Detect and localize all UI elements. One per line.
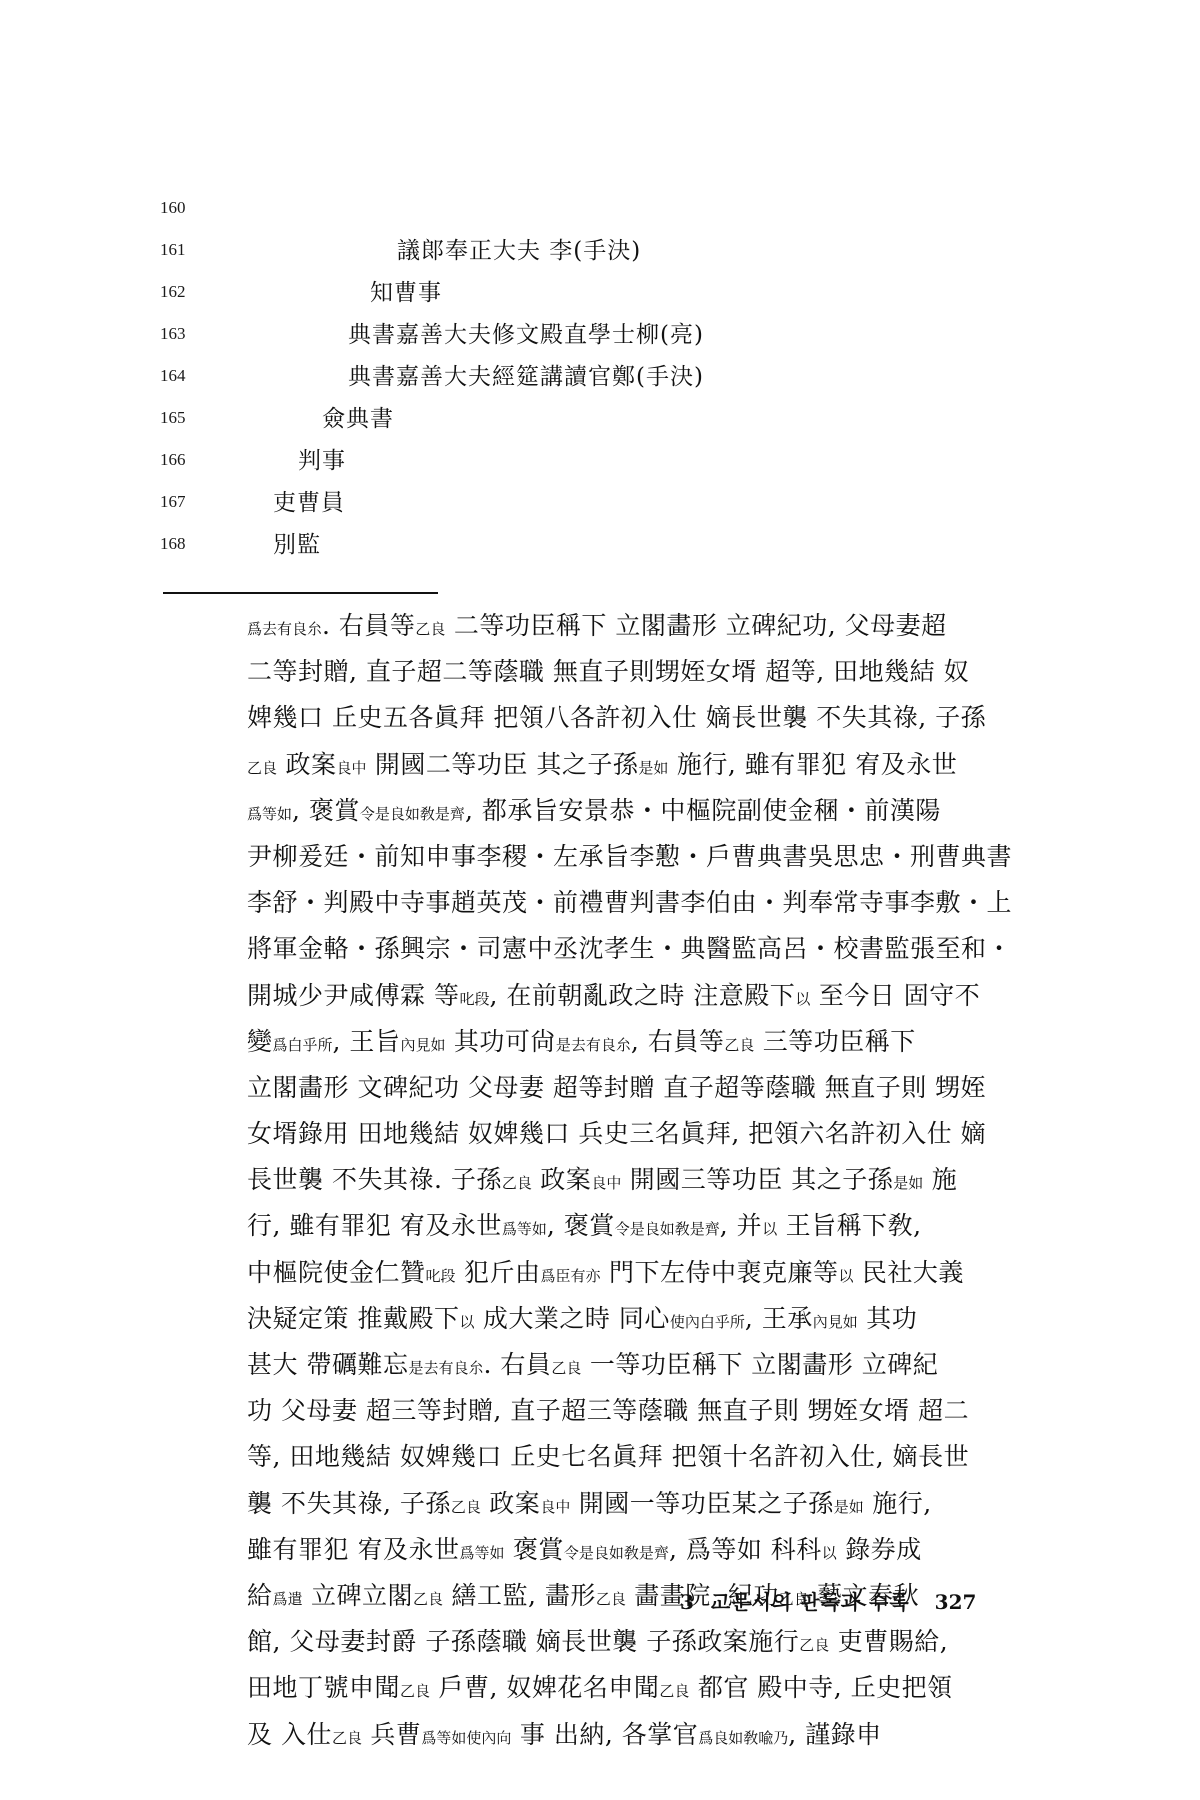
idu-annotation: 內見如 — [813, 1313, 858, 1331]
text-segment: 三等功臣稱下 — [754, 1027, 915, 1056]
signature-text: 議郞奉正大夫 李(手決) — [397, 232, 641, 265]
text-segment: 決疑定策 推戴殿下 — [247, 1304, 459, 1333]
signature-text: 知曹事 — [370, 274, 442, 307]
idu-annotation: 是去有良厼 — [556, 1036, 631, 1054]
text-line: 襲 不失其祿, 子孫乙良 政案良中 開國一等功臣某之子孫是如 施行, — [247, 1481, 1057, 1527]
text-segment: 女壻錄用 田地幾結 奴婢幾口 兵史三名眞拜, 把領六名許初入仕 嫡 — [247, 1119, 986, 1148]
document-page: 160161議郞奉正大夫 李(手決)162知曹事163典書嘉善大夫修文殿直學士柳… — [0, 0, 1200, 1800]
idu-annotation: 乙良 — [247, 759, 277, 777]
text-segment: 兵曹 — [362, 1720, 421, 1749]
idu-annotation: 乙良 — [659, 1682, 689, 1700]
text-segment: 褒賞 — [504, 1535, 563, 1564]
idu-annotation: 乙良 — [413, 1590, 443, 1608]
text-line: 開城少尹咸傅霖 等叱段, 在前朝亂政之時 注意殿下以 至今日 固守不 — [247, 973, 1057, 1019]
text-segment: 開國三等功臣 其之子孫 — [621, 1165, 893, 1194]
text-line: 功 父母妻 超三等封贈, 直子超三等蔭職 無直子則 甥姪女壻 超二 — [247, 1388, 1057, 1434]
idu-annotation: 是如 — [834, 1498, 864, 1516]
line-number: 167 — [160, 492, 186, 512]
text-segment: , 王旨 — [333, 1027, 401, 1056]
text-segment: 及 入仕 — [247, 1720, 332, 1749]
section-divider — [163, 592, 438, 594]
idu-annotation: 乙良 — [724, 1036, 754, 1054]
signature-text: 典書嘉善大夫經筵講讀官鄭(手決) — [348, 358, 704, 391]
page-footer: 3 고문서의 판독과 수록 327 — [680, 1586, 976, 1615]
signature-text: 典書嘉善大夫修文殿直學士柳(亮) — [348, 316, 704, 349]
text-segment: 政案 — [532, 1165, 591, 1194]
line-number: 164 — [160, 366, 186, 386]
idu-annotation: 令是良如敎是齊 — [360, 805, 465, 823]
text-line: 變爲白乎所, 王旨內見如 其功可尙是去有良厼, 右員等乙良 三等功臣稱下 — [247, 1019, 1057, 1065]
idu-annotation: 叱段 — [459, 990, 489, 1008]
idu-annotation: 乙良 — [415, 620, 445, 638]
text-segment: , 王承 — [745, 1304, 813, 1333]
text-segment: 門下左侍中裵克廉等 — [601, 1258, 839, 1287]
signature-text: 吏曹員 — [273, 484, 345, 517]
text-line: 田地丁號申聞乙良 戶曹, 奴婢花名申聞乙良 都官 殿中寺, 丘史把領 — [247, 1665, 1057, 1711]
line-number: 160 — [160, 198, 186, 218]
page-number: 327 — [935, 1590, 977, 1614]
idu-annotation: 良中 — [540, 1498, 570, 1516]
text-line: 行, 雖有罪犯 宥及永世爲等如, 褒賞令是良如敎是齊, 并以 王旨稱下敎, — [247, 1203, 1057, 1249]
idu-annotation: 是如 — [638, 759, 668, 777]
chapter-number: 3 — [680, 1590, 694, 1614]
text-segment: 甚大 帶礪難忘 — [247, 1350, 408, 1379]
text-segment: 成大業之時 同心 — [474, 1304, 669, 1333]
text-line: 等, 田地幾結 奴婢幾口 丘史七名眞拜 把領十名許初入仕, 嫡長世 — [247, 1434, 1057, 1480]
signature-line: 164典書嘉善大夫經筵講讀官鄭(手決) — [160, 358, 960, 400]
text-segment: , 并 — [720, 1211, 762, 1240]
text-segment: 戶曹, 奴婢花名申聞 — [430, 1673, 659, 1702]
text-segment: 施行, 雖有罪犯 宥及永世 — [668, 750, 957, 779]
text-line: 雖有罪犯 宥及永世爲等如 褒賞令是良如敎是齊, 爲等如 科科以 錄券成 — [247, 1527, 1057, 1573]
text-segment: 吏曹賜給, — [829, 1627, 948, 1656]
text-segment: 將軍金輅・孫興宗・司憲中丞沈孝生・典醫監高呂・校書監張至和・ — [247, 934, 1012, 963]
text-segment: 開城少尹咸傅霖 等 — [247, 981, 459, 1010]
text-segment: 行, 雖有罪犯 宥及永世 — [247, 1211, 502, 1240]
text-segment: 施 — [923, 1165, 957, 1194]
signature-line: 165僉典書 — [160, 400, 960, 442]
text-line: 爲去有良厼. 右員等乙良 二等功臣稱下 立閣畵形 立碑紀功, 父母妻超 — [247, 603, 1057, 649]
signature-text: 別監 — [273, 526, 321, 559]
idu-annotation: 爲等如 — [502, 1220, 547, 1238]
text-segment: , 在前朝亂政之時 注意殿下 — [489, 981, 795, 1010]
idu-annotation: 乙良 — [502, 1174, 532, 1192]
idu-annotation: 乙良 — [551, 1359, 581, 1377]
text-segment: 給 — [247, 1581, 273, 1610]
text-segment: . 右員等 — [322, 611, 415, 640]
idu-annotation: 是如 — [893, 1174, 923, 1192]
signature-block: 160161議郞奉正大夫 李(手決)162知曹事163典書嘉善大夫修文殿直學士柳… — [160, 190, 960, 568]
line-number: 163 — [160, 324, 186, 344]
text-line: 立閣畵形 文碑紀功 父母妻 超等封贈 直子超等蔭職 無直子則 甥姪 — [247, 1065, 1057, 1111]
text-line: 婢幾口 丘史五各眞拜 把領八各許初入仕 嫡長世襲 不失其祿, 子孫 — [247, 695, 1057, 741]
text-segment: 婢幾口 丘史五各眞拜 把領八各許初入仕 嫡長世襲 不失其祿, 子孫 — [247, 703, 986, 732]
text-segment: 李舒・判殿中寺事趙英茂・前禮曹判書李伯由・判奉常寺事李敷・上 — [247, 888, 1012, 917]
idu-annotation: 爲等如使內向 — [421, 1729, 511, 1747]
text-line: 李舒・判殿中寺事趙英茂・前禮曹判書李伯由・判奉常寺事李敷・上 — [247, 880, 1057, 926]
body-text: 爲去有良厼. 右員等乙良 二等功臣稱下 立閣畵形 立碑紀功, 父母妻超二等封贈,… — [247, 603, 1057, 1758]
text-segment: 開國二等功臣 其之子孫 — [366, 750, 638, 779]
text-segment: 變 — [247, 1027, 273, 1056]
signature-text: 判事 — [298, 442, 346, 475]
text-segment: 襲 不失其祿, 子孫 — [247, 1489, 451, 1518]
text-segment: , 都承旨安景恭・中樞院副使金稛・前漢陽 — [465, 796, 941, 825]
signature-line: 168別監 — [160, 526, 960, 568]
text-line: 爲等如, 褒賞令是良如敎是齊, 都承旨安景恭・中樞院副使金稛・前漢陽 — [247, 788, 1057, 834]
text-segment: 二等封贈, 直子超二等蔭職 無直子則甥姪女壻 超等, 田地幾結 奴 — [247, 657, 969, 686]
idu-annotation: 爲等如 — [459, 1544, 504, 1562]
text-segment: 雖有罪犯 宥及永世 — [247, 1535, 459, 1564]
text-segment: 長世襲 不失其祿. 子孫 — [247, 1165, 502, 1194]
text-segment: 功 父母妻 超三等封贈, 直子超三等蔭職 無直子則 甥姪女壻 超二 — [247, 1396, 969, 1425]
text-segment: 事 出納, 各掌官 — [511, 1720, 698, 1749]
idu-annotation: 是去有良厼 — [408, 1359, 483, 1377]
line-number: 162 — [160, 282, 186, 302]
text-segment: 至今日 固守不 — [810, 981, 980, 1010]
signature-line: 163典書嘉善大夫修文殿直學士柳(亮) — [160, 316, 960, 358]
text-segment: 開國一等功臣某之子孫 — [570, 1489, 833, 1518]
text-line: 館, 父母妻封爵 子孫蔭職 嫡長世襲 子孫政案施行乙良 吏曹賜給, — [247, 1619, 1057, 1665]
text-segment: , 褒賞 — [547, 1211, 615, 1240]
text-segment: 館, 父母妻封爵 子孫蔭職 嫡長世襲 子孫政案施行 — [247, 1627, 799, 1656]
text-segment: 施行, — [864, 1489, 932, 1518]
idu-annotation: 爲白乎所 — [273, 1036, 333, 1054]
text-segment: 政案 — [277, 750, 336, 779]
text-segment: , 褒賞 — [292, 796, 360, 825]
idu-annotation: 以 — [459, 1313, 474, 1331]
idu-annotation: 爲良如敎喩乃 — [698, 1729, 788, 1747]
text-segment: , 謹錄申 — [788, 1720, 881, 1749]
text-line: 女壻錄用 田地幾結 奴婢幾口 兵史三名眞拜, 把領六名許初入仕 嫡 — [247, 1111, 1057, 1157]
text-line: 二等封贈, 直子超二等蔭職 無直子則甥姪女壻 超等, 田地幾結 奴 — [247, 649, 1057, 695]
line-number: 165 — [160, 408, 186, 428]
text-line: 決疑定策 推戴殿下以 成大業之時 同心使內白乎所, 王承內見如 其功 — [247, 1296, 1057, 1342]
text-segment: 二等功臣稱下 立閣畵形 立碑紀功, 父母妻超 — [445, 611, 946, 640]
idu-annotation: 令是良如敎是齊 — [615, 1220, 720, 1238]
idu-annotation: 爲臣有亦 — [540, 1267, 600, 1285]
text-segment: 等, 田地幾結 奴婢幾口 丘史七名眞拜 把領十名許初入仕, 嫡長世 — [247, 1442, 969, 1471]
signature-line: 166判事 — [160, 442, 960, 484]
text-segment: 王旨稱下敎, — [777, 1211, 921, 1240]
line-number: 168 — [160, 534, 186, 554]
idu-annotation: 爲去有良厼 — [247, 620, 322, 638]
line-number: 161 — [160, 240, 186, 260]
idu-annotation: 良中 — [336, 759, 366, 777]
text-segment: 犯斤由 — [456, 1258, 541, 1287]
chapter-title: 고문서의 판독과 수록 — [711, 1590, 910, 1614]
text-segment: 立閣畵形 文碑紀功 父母妻 超等封贈 直子超等蔭職 無直子則 甥姪 — [247, 1073, 986, 1102]
signature-text: 僉典書 — [322, 400, 394, 433]
signature-line: 160 — [160, 190, 960, 232]
idu-annotation: 乙良 — [451, 1498, 481, 1516]
idu-annotation: 乙良 — [332, 1729, 362, 1747]
text-line: 及 入仕乙良 兵曹爲等如使內向 事 出納, 各掌官爲良如敎喩乃, 謹錄申 — [247, 1712, 1057, 1758]
idu-annotation: 爲等如 — [247, 805, 292, 823]
signature-line: 162知曹事 — [160, 274, 960, 316]
text-segment: 政案 — [481, 1489, 540, 1518]
text-line: 長世襲 不失其祿. 子孫乙良 政案良中 開國三等功臣 其之子孫是如 施 — [247, 1157, 1057, 1203]
signature-line: 161議郞奉正大夫 李(手決) — [160, 232, 960, 274]
text-segment: 繕工監, 畵形 — [443, 1581, 596, 1610]
text-segment: 中樞院使金仁贊 — [247, 1258, 426, 1287]
idu-annotation: 內見如 — [400, 1036, 445, 1054]
text-line: 尹柳爰廷・前知申事李稷・左承旨李懃・戶曹典書吳思忠・刑曹典書 — [247, 834, 1057, 880]
text-segment: , 爲等如 科科 — [669, 1535, 822, 1564]
idu-annotation: 以 — [795, 990, 810, 1008]
text-segment: 其功 — [858, 1304, 917, 1333]
text-line: 中樞院使金仁贊叱段 犯斤由爲臣有亦 門下左侍中裵克廉等以 民社大義 — [247, 1250, 1057, 1296]
idu-annotation: 爲遣 — [273, 1590, 303, 1608]
idu-annotation: 以 — [838, 1267, 853, 1285]
text-segment: 一等功臣稱下 立閣畵形 立碑紀 — [581, 1350, 938, 1379]
idu-annotation: 以 — [762, 1220, 777, 1238]
text-segment: 民社大義 — [853, 1258, 963, 1287]
idu-annotation: 乙良 — [400, 1682, 430, 1700]
text-line: 甚大 帶礪難忘是去有良厼. 右員乙良 一等功臣稱下 立閣畵形 立碑紀 — [247, 1342, 1057, 1388]
idu-annotation: 乙良 — [596, 1590, 626, 1608]
idu-annotation: 叱段 — [426, 1267, 456, 1285]
text-segment: 都官 殿中寺, 丘史把領 — [689, 1673, 952, 1702]
idu-annotation: 以 — [822, 1544, 837, 1562]
line-number: 166 — [160, 450, 186, 470]
text-line: 乙良 政案良中 開國二等功臣 其之子孫是如 施行, 雖有罪犯 宥及永世 — [247, 742, 1057, 788]
text-segment: 田地丁號申聞 — [247, 1673, 400, 1702]
text-segment: 立碑立閣 — [303, 1581, 413, 1610]
text-segment: 尹柳爰廷・前知申事李稷・左承旨李懃・戶曹典書吳思忠・刑曹典書 — [247, 842, 1012, 871]
text-line: 將軍金輅・孫興宗・司憲中丞沈孝生・典醫監高呂・校書監張至和・ — [247, 926, 1057, 972]
idu-annotation: 良中 — [591, 1174, 621, 1192]
text-segment: 錄券成 — [837, 1535, 922, 1564]
text-segment: . 右員 — [483, 1350, 551, 1379]
text-segment: , 右員等 — [631, 1027, 724, 1056]
signature-line: 167吏曹員 — [160, 484, 960, 526]
idu-annotation: 使內白乎所 — [670, 1313, 745, 1331]
idu-annotation: 乙良 — [799, 1636, 829, 1654]
idu-annotation: 令是良如敎是齊 — [564, 1544, 669, 1562]
text-segment: 其功可尙 — [445, 1027, 555, 1056]
